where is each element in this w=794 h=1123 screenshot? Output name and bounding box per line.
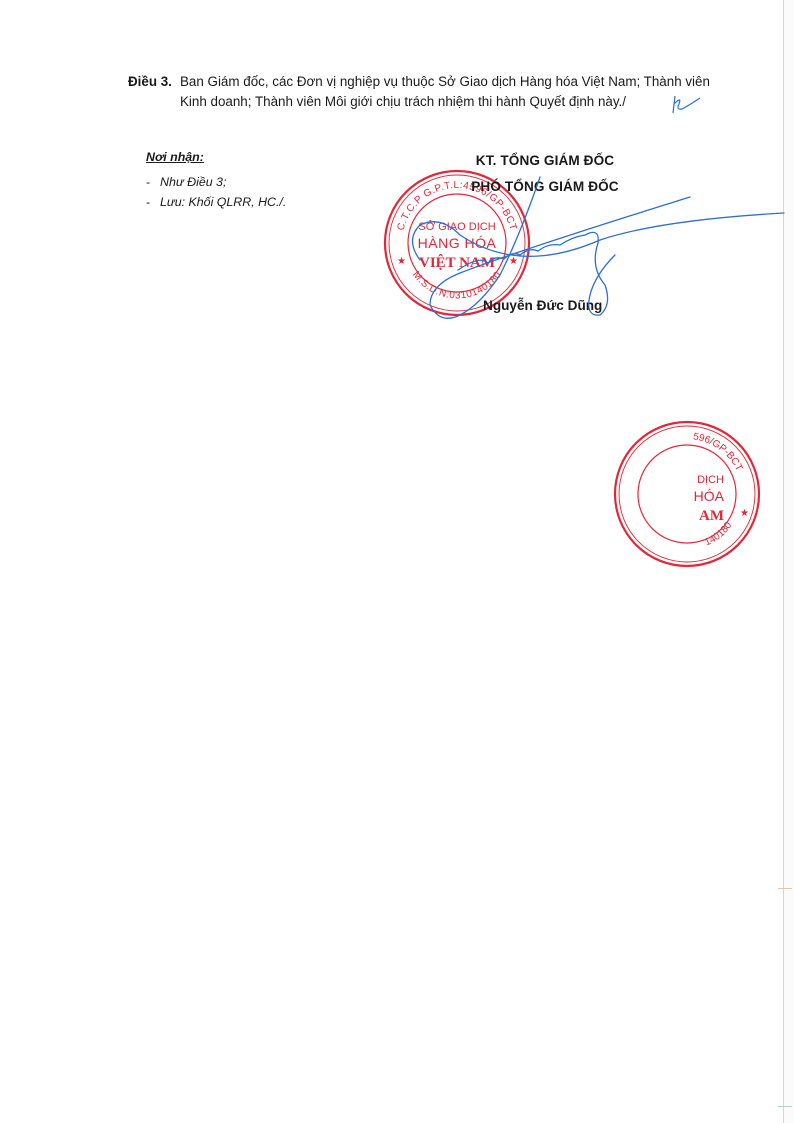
- partial-stamp-icon: 596/GP-BCT 140180 DỊCH HÓA AM ★: [612, 414, 762, 574]
- page-edge-shade: [784, 0, 794, 1123]
- article-3: Điều 3. Ban Giám đốc, các Đơn vị nghiệp …: [128, 72, 728, 112]
- page-edge: [783, 0, 784, 1123]
- edge-tick: [778, 888, 792, 889]
- article-text: Ban Giám đốc, các Đơn vị nghiệp vụ thuộc…: [180, 72, 728, 112]
- svg-text:★: ★: [740, 508, 749, 519]
- svg-text:AM: AM: [699, 508, 724, 524]
- svg-text:HÓA: HÓA: [694, 488, 725, 504]
- signer-block: KT. TỔNG GIÁM ĐỐC PHÓ TỔNG GIÁM ĐỐC: [405, 148, 685, 200]
- recipient-item: -Như Điều 3;: [146, 175, 286, 189]
- svg-text:M.S.D.N:0310140180: M.S.D.N:0310140180: [410, 269, 504, 301]
- svg-text:HÀNG HÓA: HÀNG HÓA: [418, 235, 497, 251]
- edge-tick: [778, 1106, 792, 1107]
- svg-text:DỊCH: DỊCH: [697, 474, 724, 486]
- recipients-title: Nơi nhận:: [146, 150, 286, 164]
- svg-text:★: ★: [397, 256, 406, 267]
- recipient-item: -Lưu: Khối QLRR, HC./.: [146, 195, 286, 209]
- signer-title-2: PHÓ TỔNG GIÁM ĐỐC: [405, 174, 685, 200]
- svg-text:★: ★: [509, 256, 518, 267]
- signer-name: Nguyễn Đức Dũng: [483, 298, 602, 313]
- recipients-block: Nơi nhận: -Như Điều 3; -Lưu: Khối QLRR, …: [146, 150, 286, 215]
- article-label: Điều 3.: [128, 72, 172, 92]
- svg-text:596/GP-BCT: 596/GP-BCT: [692, 431, 744, 473]
- svg-text:140180: 140180: [703, 520, 734, 549]
- signer-title-1: KT. TỔNG GIÁM ĐỐC: [405, 148, 685, 174]
- svg-text:VIỆT NAM: VIỆT NAM: [419, 254, 495, 271]
- svg-text:SỞ GIAO DỊCH: SỞ GIAO DỊCH: [418, 220, 495, 233]
- initial-mark-icon: [670, 94, 704, 116]
